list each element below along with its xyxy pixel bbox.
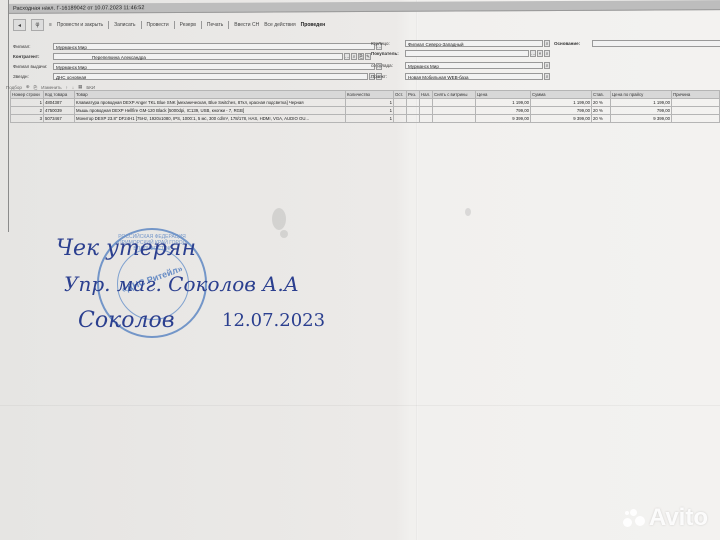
avito-watermark: Avito <box>623 504 708 532</box>
sum-cell[interactable]: 9 399,00 <box>531 115 592 123</box>
status-label: Проведен <box>301 22 325 28</box>
separator <box>141 21 142 29</box>
product-code-cell[interactable]: 5073467 <box>44 115 75 123</box>
product-name-cell[interactable]: Монитор DEXP 23.8" DF24H1 [75Hz, 1920x10… <box>75 115 346 123</box>
paper-document: Расходная накл. Г-16189042 от 10.07.2023… <box>0 0 720 540</box>
post-button[interactable]: Провести <box>147 22 169 28</box>
row-number-cell[interactable]: 3 <box>11 115 44 123</box>
reason-cell[interactable] <box>672 99 720 107</box>
stain <box>272 208 286 230</box>
reason-cell[interactable] <box>672 115 720 123</box>
branch-row: Филиал: Мурманск Мир … <box>13 43 382 50</box>
price-cell[interactable]: 799,00 <box>476 107 531 115</box>
issue-branch-field[interactable]: Мурманск Мир <box>53 63 375 70</box>
buyer-label: Покупатель: <box>371 51 405 56</box>
counterparty-row: Контрагент: Перепелкина Александра … ⌕ ⎘… <box>13 53 371 60</box>
reserve-cell[interactable] <box>407 99 420 107</box>
save-button[interactable]: Записать <box>114 22 135 28</box>
list-price-cell[interactable]: 799,00 <box>611 107 672 115</box>
col-list-price[interactable]: Цена по прайсу <box>611 91 672 99</box>
search-icon[interactable]: ⌕ <box>544 40 550 47</box>
stain <box>465 208 471 216</box>
col-quantity[interactable]: Количество <box>346 91 394 99</box>
from-warehouse-label: со склада: <box>371 63 405 68</box>
vat-rate-cell[interactable]: 20 % <box>592 115 611 123</box>
handwritten-manager: Упр. маг. Соколов А.А <box>64 272 299 296</box>
change-button[interactable]: Изменить <box>41 85 61 90</box>
reason-cell[interactable] <box>672 107 720 115</box>
buyer-row: Покупатель: … × ⌕ <box>371 50 550 57</box>
price-type-row: Звездн: ДНС основная … ⌕ <box>13 73 382 80</box>
from-warehouse-field[interactable]: Мурманск Мир <box>405 62 543 69</box>
col-reserve[interactable]: Рез. <box>407 91 420 99</box>
project-field[interactable]: Новая Мобильная WEB-база <box>405 73 543 80</box>
reserve-button[interactable]: Резерв <box>180 22 196 28</box>
cash-cell[interactable] <box>420 107 433 115</box>
reserve-cell[interactable] <box>407 115 420 123</box>
stock-cell[interactable] <box>394 99 407 107</box>
buyer-field[interactable] <box>405 50 529 57</box>
showcase-cell[interactable] <box>433 99 476 107</box>
print-button[interactable]: Печать <box>207 22 223 28</box>
items-table: Номер строки Код товара Товар Количество… <box>10 90 720 123</box>
reserve-cell[interactable] <box>407 107 420 115</box>
stain <box>280 230 288 238</box>
col-showcase[interactable]: Снять с витрины <box>433 91 476 99</box>
list-price-cell[interactable]: 1 199,00 <box>611 99 672 107</box>
vat-rate-cell[interactable]: 20 % <box>592 107 611 115</box>
price-type-label: Звездн: <box>13 74 53 79</box>
col-sum[interactable]: Сумма <box>531 91 592 99</box>
showcase-cell[interactable] <box>433 115 476 123</box>
clear-icon[interactable]: × <box>537 50 543 57</box>
col-cash[interactable]: Нал. <box>420 91 433 99</box>
branch-label: Филиал: <box>13 44 53 49</box>
table-row[interactable]: 35073467Монитор DEXP 23.8" DF24H1 [75Hz,… <box>11 115 720 123</box>
col-reason[interactable]: Причина <box>672 91 720 99</box>
all-actions-button[interactable]: Все действия <box>264 22 295 28</box>
product-name-cell[interactable]: Клавиатура проводная DEXP Anger TKL Blue… <box>75 99 346 107</box>
separator <box>201 21 202 29</box>
basis-field[interactable] <box>592 40 720 47</box>
sum-cell[interactable]: 1 199,00 <box>531 99 592 107</box>
col-vat[interactable]: Став. <box>592 91 611 99</box>
issue-branch-label: Филиал выдачи: <box>13 64 53 69</box>
price-type-field[interactable]: ДНС основная <box>53 73 368 80</box>
avito-brand-text: Avito <box>649 504 708 532</box>
basis-label: Основание: <box>554 41 592 46</box>
row-number-cell[interactable]: 1 <box>11 99 44 107</box>
cash-cell[interactable] <box>420 115 433 123</box>
table-header: Номер строки Код товара Товар Количество… <box>11 91 720 99</box>
col-row-number[interactable]: Номер строки <box>11 91 44 99</box>
search-icon[interactable]: ⌕ <box>544 62 550 69</box>
table-row[interactable]: 24750039Мышь проводная DEXP Hellfire GM-… <box>11 107 720 115</box>
prev-icon[interactable]: ◂ <box>13 19 26 31</box>
issue-branch-row: Филиал выдачи: Мурманск Мир … <box>13 63 382 70</box>
counterparty-field[interactable]: Перепелкина Александра <box>53 53 343 60</box>
quantity-cell[interactable]: 1 <box>346 107 394 115</box>
enter-sn-button[interactable]: Ввести СН <box>234 22 259 28</box>
bki-button[interactable]: БКИ <box>86 85 95 90</box>
search-icon[interactable]: ⌕ <box>544 50 550 57</box>
post-and-close-button[interactable]: Провести и закрыть <box>57 22 103 28</box>
list-icon[interactable]: ≡ <box>49 22 52 28</box>
move-up-icon[interactable]: ↑ <box>66 85 68 90</box>
search-icon[interactable]: ⌕ <box>544 73 550 80</box>
window-titlebar: Расходная накл. Г-16189042 от 10.07.2023… <box>9 0 720 14</box>
col-price[interactable]: Цена <box>476 91 531 99</box>
separator <box>108 21 109 29</box>
legal-entity-row: ЮрЛицо: Филиал Северо-Западный ⌕ Основан… <box>371 40 720 47</box>
quantity-cell[interactable]: 1 <box>346 99 394 107</box>
sum-cell[interactable]: 799,00 <box>531 107 592 115</box>
cash-cell[interactable] <box>420 99 433 107</box>
stock-cell[interactable] <box>394 107 407 115</box>
legal-entity-label: ЮрЛицо: <box>371 41 405 46</box>
showcase-cell[interactable] <box>433 107 476 115</box>
legal-entity-field[interactable]: Филиал Северо-Западный <box>405 40 543 47</box>
price-cell[interactable]: 1 199,00 <box>476 99 531 107</box>
branch-field[interactable]: Мурманск Мир <box>53 43 375 50</box>
handwritten-signature: Соколов <box>78 308 175 333</box>
row-number-cell[interactable]: 2 <box>11 107 44 115</box>
separator <box>174 21 175 29</box>
select-button[interactable]: … <box>530 50 536 57</box>
handwritten-date: 12.07.2023 <box>222 310 325 331</box>
avito-logo-icon <box>623 509 645 527</box>
copy-icon[interactable]: ⎘ <box>358 53 364 60</box>
move-down-icon[interactable]: ↓ <box>72 85 74 90</box>
quantity-cell[interactable]: 1 <box>346 115 394 123</box>
structure-icon[interactable]: φ <box>31 19 44 31</box>
price-cell[interactable]: 9 399,00 <box>476 115 531 123</box>
table-row[interactable]: 14804387Клавиатура проводная DEXP Anger … <box>11 99 720 107</box>
col-stock[interactable]: Ост. <box>394 91 407 99</box>
fold-line-horizontal <box>0 405 720 406</box>
separator <box>228 21 229 29</box>
product-code-cell[interactable]: 4804387 <box>44 99 75 107</box>
list-price-cell[interactable]: 9 399,00 <box>611 115 672 123</box>
vat-rate-cell[interactable]: 20 % <box>592 99 611 107</box>
product-code-cell[interactable]: 4750039 <box>44 107 75 115</box>
counterparty-label: Контрагент: <box>13 54 53 59</box>
pick-button[interactable]: Подбор <box>6 85 22 90</box>
from-warehouse-row: со склада: Мурманск Мир ⌕ <box>371 62 550 69</box>
select-button[interactable]: … <box>344 53 350 60</box>
search-icon[interactable]: ⌕ <box>351 53 357 60</box>
col-code[interactable]: Код товара <box>44 91 75 99</box>
handwritten-receipt-lost: Чек утерян <box>56 236 196 261</box>
col-product[interactable]: Товар <box>75 91 346 99</box>
project-row: Проект: Новая Мобильная WEB-база ⌕ <box>371 73 550 80</box>
copy-row-icon[interactable]: ⎘ <box>34 85 38 90</box>
project-label: Проект: <box>371 74 405 79</box>
stock-cell[interactable] <box>394 115 407 123</box>
product-name-cell[interactable]: Мышь проводная DEXP Hellfire GM-120 Blac… <box>75 107 346 115</box>
toolbar: ◂ φ ≡ Провести и закрыть Записать Провес… <box>13 18 325 32</box>
